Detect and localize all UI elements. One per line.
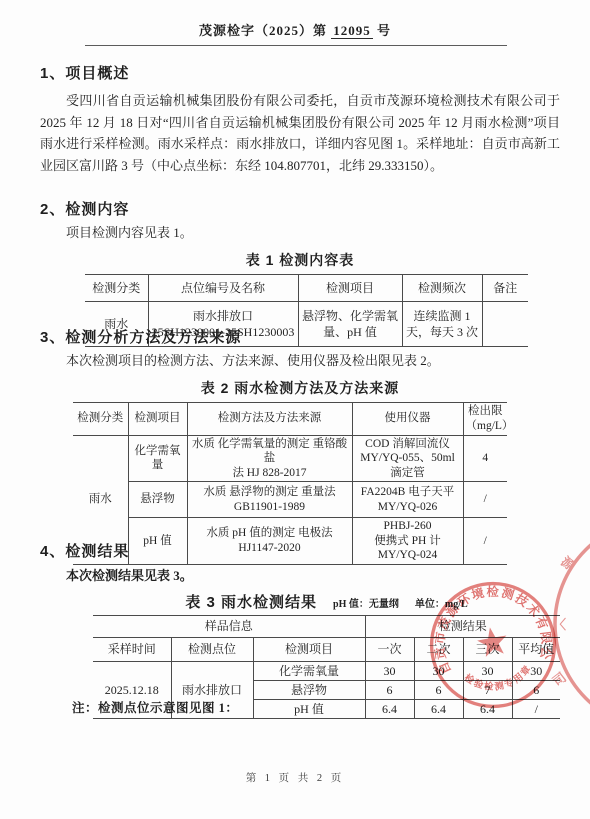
section2-heading: 2、检测内容: [40, 198, 560, 219]
table3-cell-v2: 30: [414, 661, 463, 680]
table2-header-category: 检测分类: [73, 402, 128, 435]
table3-cell-avg: 30: [512, 661, 560, 680]
table3-header-row: 采样时间 检测点位 检测项目 一次 二次 三次 平均值: [93, 637, 560, 661]
table1-header-frequency: 检测频次: [402, 274, 482, 301]
doc-number-suffix: 号: [377, 23, 391, 38]
table3-ph-note: pH 值：无量纲: [333, 595, 399, 610]
partial-seal-fragment: 源: [558, 554, 578, 574]
table2-header-row: 检测分类 检测项目 检测方法及方法来源 使用仪器 检出限（mg/L）: [73, 402, 507, 435]
table2-cell-limit: /: [463, 482, 507, 518]
table3-group-row: 样品信息 检测结果: [93, 615, 560, 637]
section-methods: 3、检测分析方法及方法来源 本次检测项目的检测方法、方法来源、使用仪器及检出限见…: [40, 326, 560, 565]
table1-point-name: 雨水排放口: [151, 308, 296, 324]
table3-header-average: 平均值: [512, 637, 560, 661]
table3-cell-v2: 6: [414, 680, 463, 699]
table3-cell-v1: 6.4: [365, 699, 414, 718]
section3-heading: 3、检测分析方法及方法来源: [40, 326, 560, 347]
table3-header-item: 检测项目: [253, 637, 365, 661]
table3-cell-avg: 6: [512, 680, 560, 699]
table3-header-time: 采样时间: [93, 637, 171, 661]
method-line2: GB11901-1989: [190, 500, 350, 515]
table3-cell-v1: 6: [365, 680, 414, 699]
table1-header-point: 点位编号及名称: [148, 274, 298, 301]
instrument-line1: PHBJ-260: [355, 519, 461, 534]
table3-cell-v3: 30: [463, 661, 512, 680]
instrument-line1: FA2204B 电子天平: [355, 485, 461, 500]
instrument-line1: COD 消解回流仪: [355, 437, 461, 452]
doc-number: 茂源检字（2025）第 12095 号: [0, 20, 590, 39]
table3-header-first: 一次: [365, 637, 414, 661]
table3-cell-v1: 30: [365, 661, 414, 680]
table3-group-results: 检测结果: [365, 615, 560, 637]
section1-paragraph: 受四川省自贡运输机械集团股份有限公司委托，自贡市茂源环境检测技术有限公司于 20…: [40, 90, 560, 176]
table2-cell-item: 化学需氧量: [128, 435, 187, 482]
method-line2: 法 HJ 828-2017: [190, 466, 350, 481]
doc-number-prefix: 茂源检字（2025）第: [199, 23, 327, 38]
table3-group-sample: 样品信息: [93, 615, 365, 637]
instrument-line2: MY/YQ-055、50ml 滴定管: [355, 451, 461, 480]
table1-header-items: 检测项目: [298, 274, 402, 301]
section3-paragraph: 本次检测项目的检测方法、方法来源、使用仪器及检出限见表 2。: [40, 350, 560, 372]
table3-unit-note: 单位：mg/L: [415, 595, 468, 610]
page-footer: 第 1 页 共 2 页: [0, 770, 590, 785]
method-line1: 水质 悬浮物的测定 重量法: [190, 485, 350, 500]
instrument-line2: MY/YQ-026: [355, 500, 461, 515]
table3-cell-v3: 6.4: [463, 699, 512, 718]
table2-cell-instrument: COD 消解回流仪 MY/YQ-055、50ml 滴定管: [352, 435, 463, 482]
section-test-content: 2、检测内容 项目检测内容见表 1。 表 1 检测内容表 检测分类 点位编号及名…: [40, 198, 560, 347]
table2-header-item: 检测项目: [128, 402, 187, 435]
table3-cell-item: pH 值: [253, 699, 365, 718]
table2-header-method: 检测方法及方法来源: [187, 402, 352, 435]
table2-header-instrument: 使用仪器: [352, 402, 463, 435]
report-page: 茂源检字（2025）第 12095 号 1、项目概述 受四川省自贡运输机械集团股…: [0, 0, 590, 819]
doc-number-value: 12095: [331, 23, 373, 39]
table1-header-remark: 备注: [482, 274, 528, 301]
table3-cell-v3: 7: [463, 680, 512, 699]
table1-header-category: 检测分类: [85, 274, 148, 301]
table3-cell-item: 化学需氧量: [253, 661, 365, 680]
table3-header-point: 检测点位: [171, 637, 253, 661]
header-rule: [85, 45, 507, 46]
table3-cell-v2: 6.4: [414, 699, 463, 718]
section2-paragraph: 项目检测内容见表 1。: [40, 222, 560, 244]
section-results: 4、检测结果 本次检测结果见表 3。 表 3 雨水检测结果 pH 值：无量纲 单…: [40, 540, 560, 719]
table2-cell-item: 悬浮物: [128, 482, 187, 518]
table2-row-ss: 悬浮物 水质 悬浮物的测定 重量法 GB11901-1989 FA2204B 电…: [73, 482, 507, 518]
section-project-overview: 1、项目概述 受四川省自贡运输机械集团股份有限公司委托，自贡市茂源环境检测技术有…: [40, 62, 560, 176]
section4-paragraph: 本次检测结果见表 3。: [40, 565, 560, 587]
table3-header-third: 三次: [463, 637, 512, 661]
table2-row-cod: 雨水 化学需氧量 水质 化学需氧量的测定 重铬酸盐 法 HJ 828-2017 …: [73, 435, 507, 482]
method-line1: 水质 化学需氧量的测定 重铬酸盐: [190, 437, 350, 466]
section4-heading: 4、检测结果: [40, 540, 560, 561]
table1-title: 表 1 检测内容表: [40, 250, 560, 270]
table2-cell-method: 水质 化学需氧量的测定 重铬酸盐 法 HJ 828-2017: [187, 435, 352, 482]
table2-cell-method: 水质 悬浮物的测定 重量法 GB11901-1989: [187, 482, 352, 518]
partial-seal-ring: [555, 525, 590, 725]
table2-cell-limit: 4: [463, 435, 507, 482]
table3-cell-avg: /: [512, 699, 560, 718]
table3-row-cod: 2025.12.18 雨水排放口 化学需氧量 30 30 30 30: [93, 661, 560, 680]
table3-title: 表 3 雨水检测结果: [185, 591, 317, 612]
table3-cell-item: 悬浮物: [253, 680, 365, 699]
table3-titlebar: 表 3 雨水检测结果 pH 值：无量纲 单位：mg/L: [93, 591, 560, 612]
table2-header-limit: 检出限（mg/L）: [463, 402, 507, 435]
figure-note: 注：检测点位示意图见图 1：: [72, 698, 238, 716]
method-line1: 水质 pH 值的测定 电极法: [190, 526, 350, 541]
table2-cell-instrument: FA2204B 电子天平 MY/YQ-026: [352, 482, 463, 518]
section1-heading: 1、项目概述: [40, 62, 560, 83]
table1-header-row: 检测分类 点位编号及名称 检测项目 检测频次 备注: [85, 274, 528, 301]
table2-title: 表 2 雨水检测方法及方法来源: [40, 378, 560, 398]
table3-header-second: 二次: [414, 637, 463, 661]
